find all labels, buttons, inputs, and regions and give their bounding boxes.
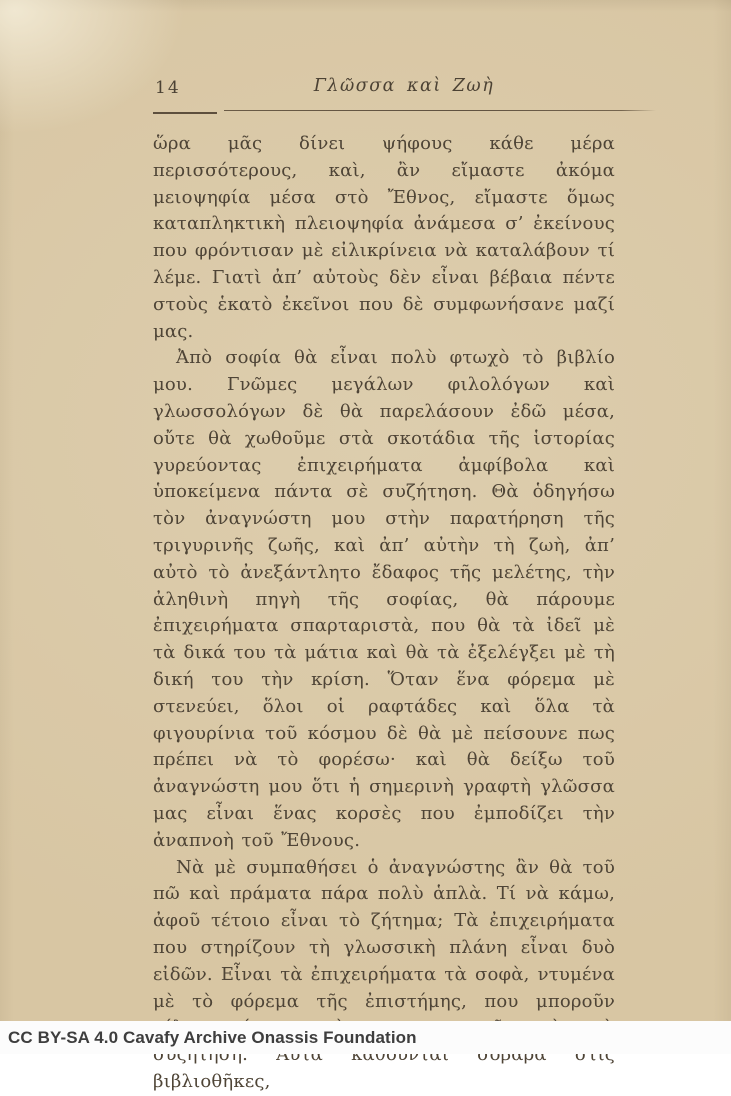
header-rule-short-segment bbox=[153, 112, 217, 114]
running-head: 14 Γλῶσσα καὶ Ζωὴ bbox=[153, 76, 655, 100]
paragraph-continuation: ὥρα μᾶς δίνει ψήφους κάθε μέρα περισσότε… bbox=[153, 131, 615, 345]
license-bar: CC BY-SA 4.0 Cavafy Archive Onassis Foun… bbox=[0, 1021, 731, 1054]
book-page-scan: 14 Γλῶσσα καὶ Ζωὴ ὥρα μᾶς δίνει ψήφους κ… bbox=[0, 0, 731, 1021]
page-text: ὥρα μᾶς δίνει ψήφους κάθε μέρα περισσότε… bbox=[153, 131, 615, 1054]
paragraph: Ἀπὸ σοφία θὰ εἶναι πολὺ φτωχὸ τὸ βιβλίο … bbox=[153, 345, 615, 854]
running-title: Γλῶσσα καὶ Ζωὴ bbox=[153, 76, 655, 96]
header-rule bbox=[224, 110, 656, 111]
license-text: CC BY-SA 4.0 Cavafy Archive Onassis Foun… bbox=[0, 1028, 417, 1048]
